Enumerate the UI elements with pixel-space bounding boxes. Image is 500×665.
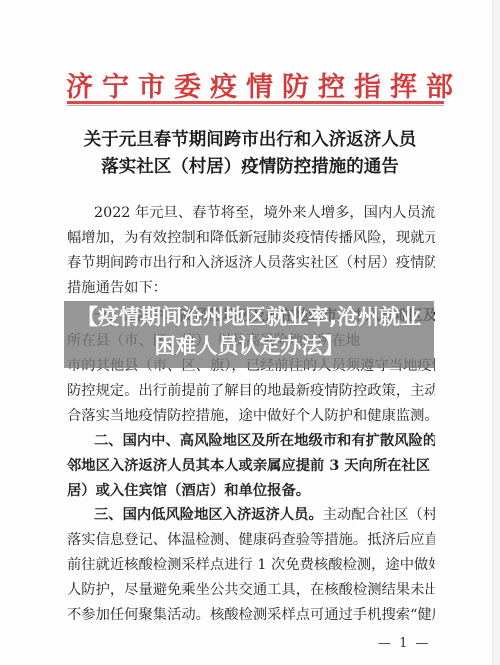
section-3-heading: 三、国内低风险地区入济返济人员。 xyxy=(94,507,323,523)
intro-line: 幅增加，为有效控制和降低新冠肺炎疫情传播风险，现就元旦、 xyxy=(67,226,435,251)
page-number: — 1 — xyxy=(378,636,431,651)
section-3-line: 人防护，尽量避免乘坐公共交通工具，在核酸检测结果未出前， xyxy=(67,578,435,603)
org-header: 济宁市委疫情防控指挥部 xyxy=(66,72,446,104)
section-2-line: 二、国内中、高风险地区及所在地级市和有扩散风险的毗 xyxy=(67,429,435,454)
section-3-first-line: 三、国内低风险地区入济返济人员。主动配合社区（村居） xyxy=(67,503,435,528)
red-header-rule-thin xyxy=(67,105,444,106)
section-2-paragraph: 二、国内中、高风险地区及所在地级市和有扩散风险的毗 邻地区入济返济人员其本人或亲… xyxy=(67,429,435,504)
section-3-line: 前往就近核酸检测采样点进行 1 次免费核酸检测，途中做好个 xyxy=(67,553,435,578)
section-2-line: 邻地区入济返济人员其本人或亲属应提前 3 天向所在社区（村 xyxy=(67,454,435,479)
caption-line-1: 【疫情期间沧州地区就业率,沧州就业 xyxy=(64,303,434,332)
section-3-paragraph: 三、国内低风险地区入济返济人员。主动配合社区（村居） 落实信息登记、体温检测、健… xyxy=(67,503,435,628)
section-3-line: 不参加任何聚集活动。核酸检测采样点可通过手机搜索“健康 xyxy=(67,603,435,628)
intro-line: 春节期间跨市出行和入济返济人员落实社区（村居）疫情防控 xyxy=(67,251,435,276)
document-title-line-2: 落实社区（村居）疫情防控措施的通告 xyxy=(60,153,440,178)
document-title-line-1: 关于元旦春节期间跨市出行和入济返济人员 xyxy=(60,126,440,151)
intro-paragraph: 2022 年元旦、春节将至，境外来人增多，国内人员流动大 幅增加，为有效控制和降… xyxy=(67,201,435,301)
section-1-line: 合落实当地疫情防控措施，途中做好个人防护和健康监测。 xyxy=(67,404,435,429)
intro-line: 2022 年元旦、春节将至，境外来人增多，国内人员流动大 xyxy=(67,201,435,226)
red-header-rule xyxy=(67,101,444,104)
page-edge xyxy=(492,0,500,665)
intro-line: 措施通告如下： xyxy=(67,276,435,301)
caption-overlay-text: 【疫情期间沧州地区就业率,沧州就业 困难人员认定办法】 xyxy=(64,303,434,361)
section-3-line: 落实信息登记、体温检测、健康码查验等措施。抵济后应直接 xyxy=(67,528,435,553)
caption-line-2: 困难人员认定办法】 xyxy=(64,332,434,361)
section-1-line: 防控规定。出行前提前了解目的地最新疫情防控政策，主动配 xyxy=(67,379,435,404)
section-3-first-line-rest: 主动配合社区（村居） xyxy=(323,507,435,523)
section-2-line: 居）或入住宾馆（酒店）和单位报备。 xyxy=(67,479,435,504)
